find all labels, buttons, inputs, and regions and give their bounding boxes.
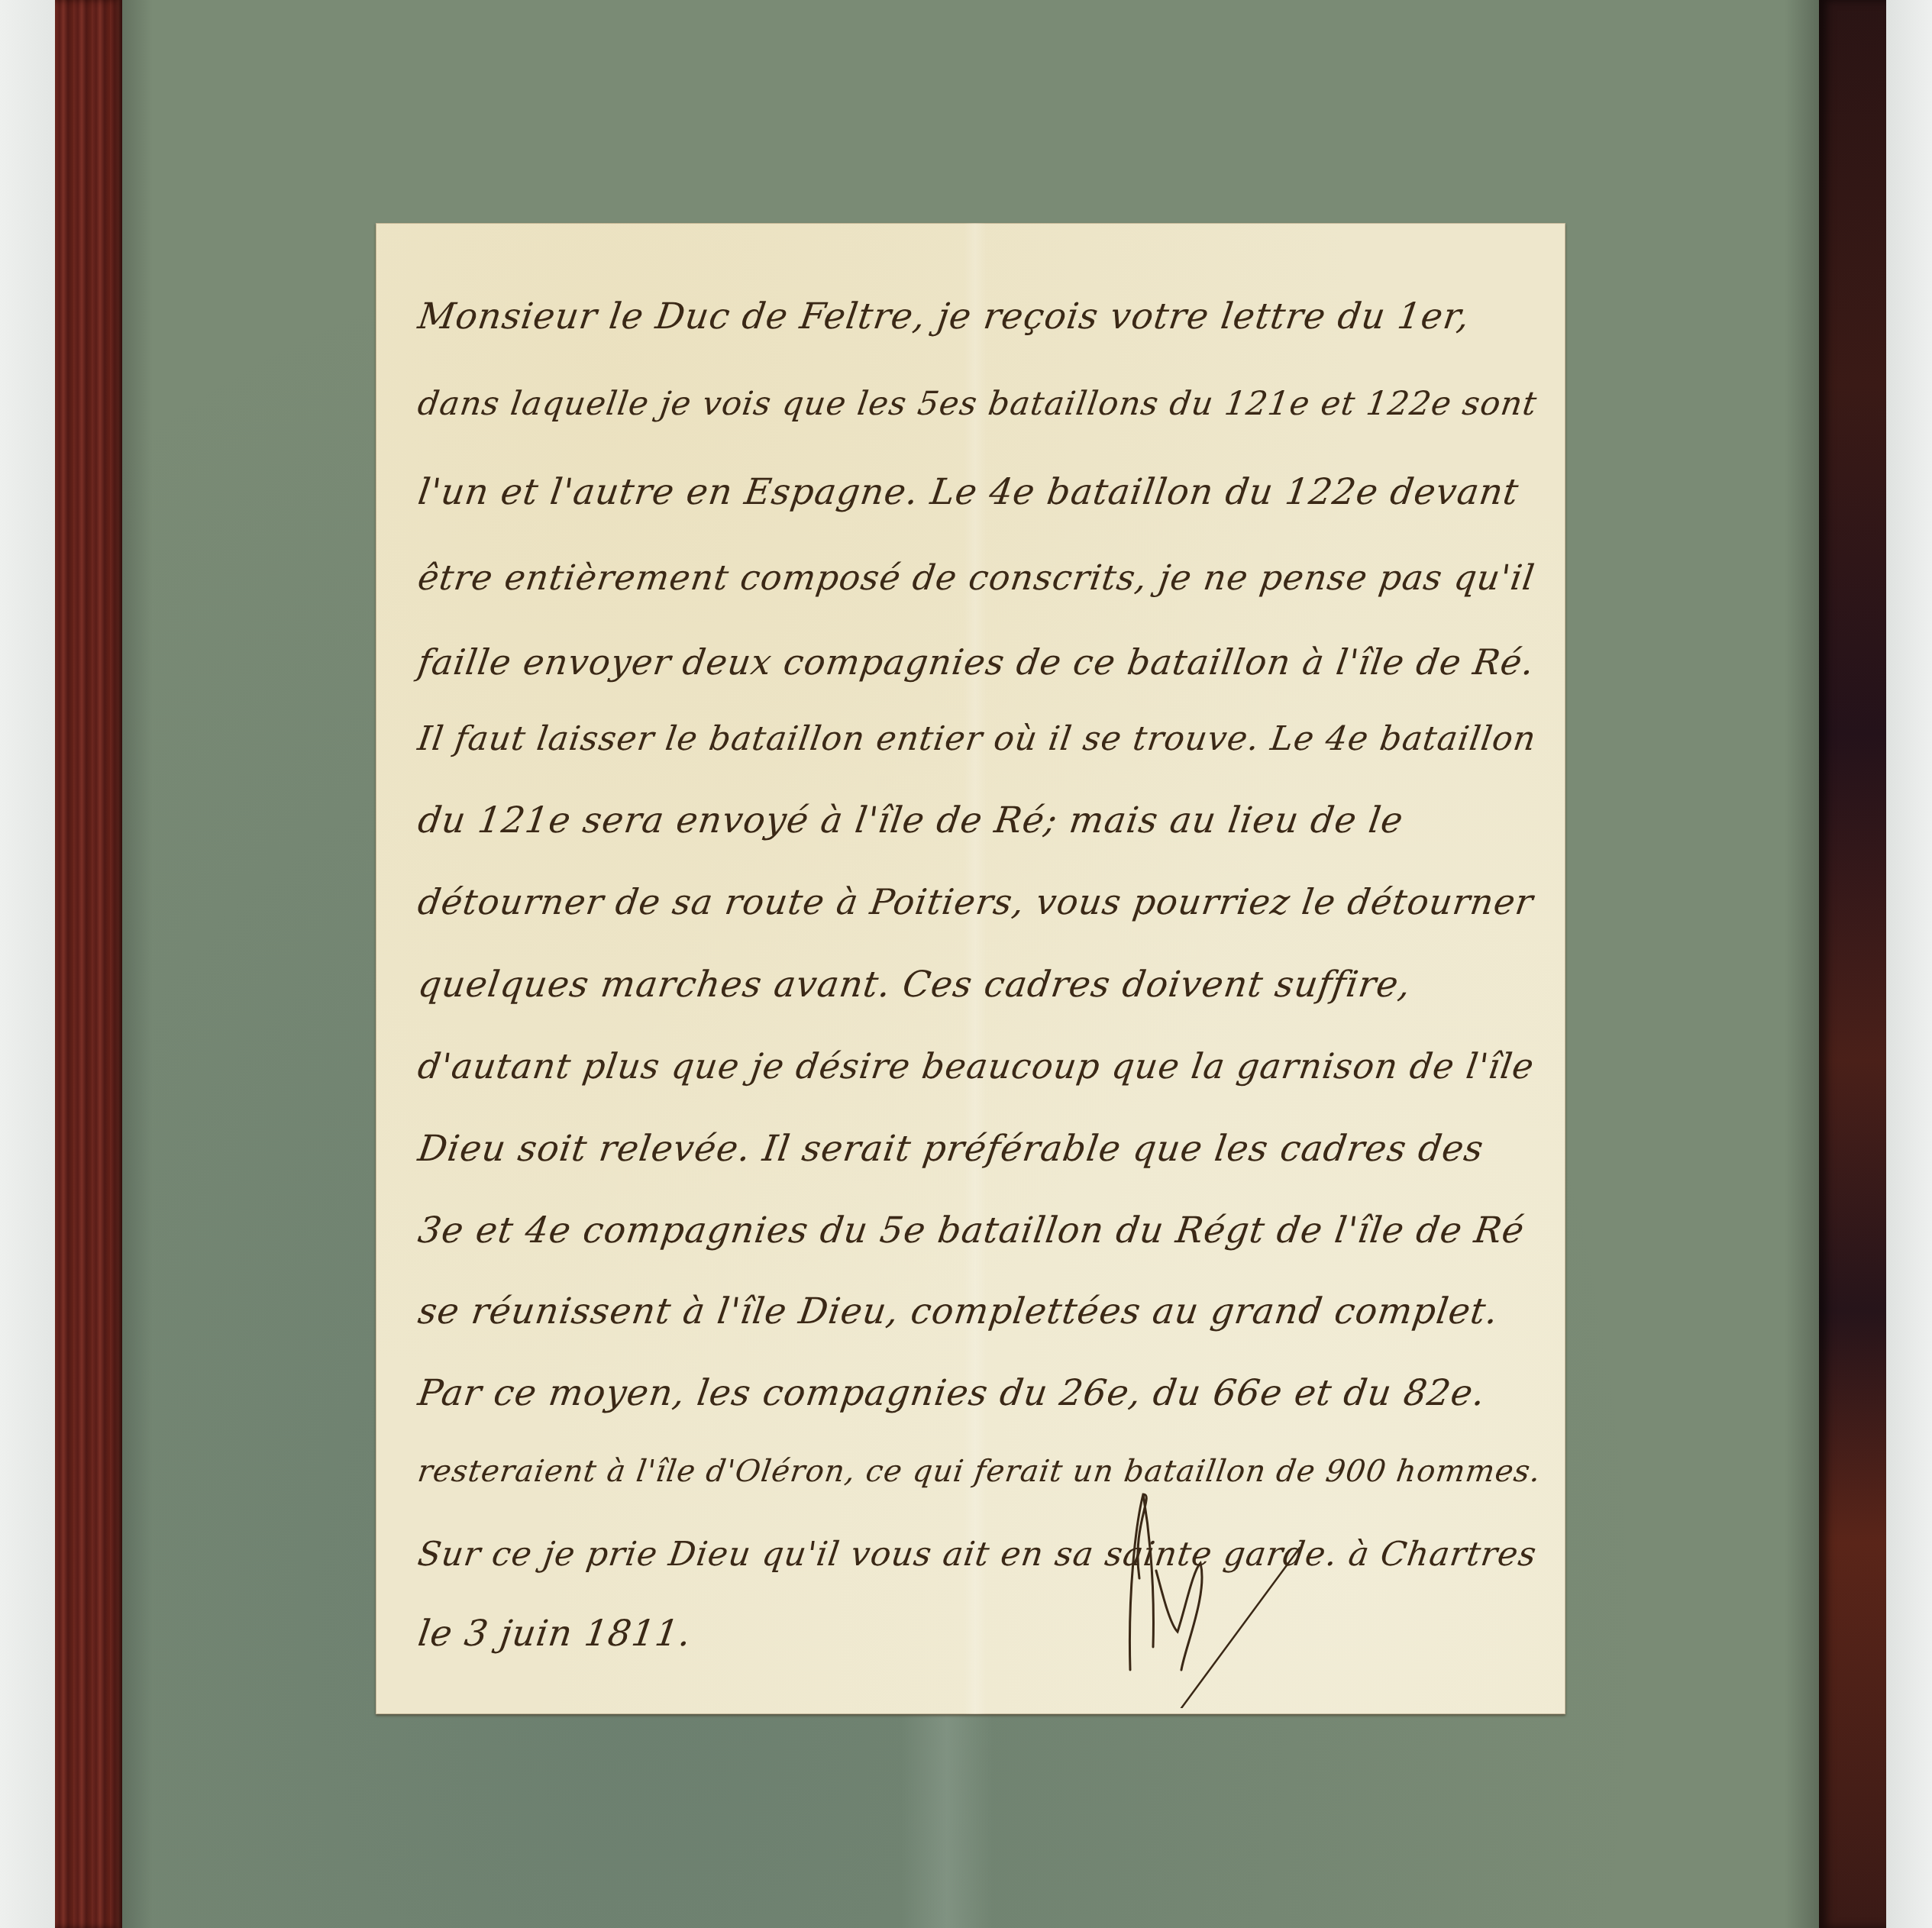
letter-paper: Monsieur le Duc de Feltre, je reçois vot…: [376, 223, 1565, 1714]
letter-line-4: être entièrement composé de conscrits, j…: [415, 557, 1537, 598]
letter-line-17: le 3 juin 1811.: [415, 1613, 694, 1655]
letter-line-16: Sur ce je prie Dieu qu'il vous ait en sa…: [415, 1535, 1539, 1574]
letter-line-12: 3e et 4e compagnies du 5e bataillon du R…: [415, 1209, 1527, 1251]
letter-line-7: du 121e sera envoyé à l'île de Ré; mais …: [415, 799, 1406, 841]
frame-left-edge: [55, 0, 122, 1928]
frame-right-edge: [1819, 0, 1886, 1928]
letter-line-8: détourner de sa route à Poitiers, vous p…: [415, 881, 1536, 922]
letter-line-3: l'un et l'autre en Espagne. Le 4e batail…: [415, 471, 1521, 513]
letter-line-13: se réunissent à l'île Dieu, complettées …: [415, 1290, 1501, 1332]
letter-line-1: Monsieur le Duc de Feltre, je reçois vot…: [415, 295, 1472, 337]
letter-line-6: Il faut laisser le bataillon entier où i…: [415, 719, 1539, 758]
letter-line-10: d'autant plus que je désire beaucoup que…: [415, 1046, 1537, 1087]
letter-line-5: faille envoyer deux compagnies de ce bat…: [415, 641, 1537, 683]
letter-line-2: dans laquelle je vois que les 5es batail…: [415, 385, 1539, 423]
letter-line-14: Par ce moyen, les compagnies du 26e, du …: [415, 1372, 1488, 1414]
glass-glare: [901, 1714, 993, 1928]
letter-line-11: Dieu soit relevée. Il serait préférable …: [415, 1128, 1487, 1170]
letter-line-9: quelques marches avant. Ces cadres doive…: [415, 964, 1413, 1006]
wall-left: [0, 0, 55, 1928]
letter-line-15: resteraient à l'île d'Oléron, ce qui fer…: [415, 1454, 1543, 1489]
wall-right: [1886, 0, 1932, 1928]
signature: [1109, 1479, 1323, 1708]
